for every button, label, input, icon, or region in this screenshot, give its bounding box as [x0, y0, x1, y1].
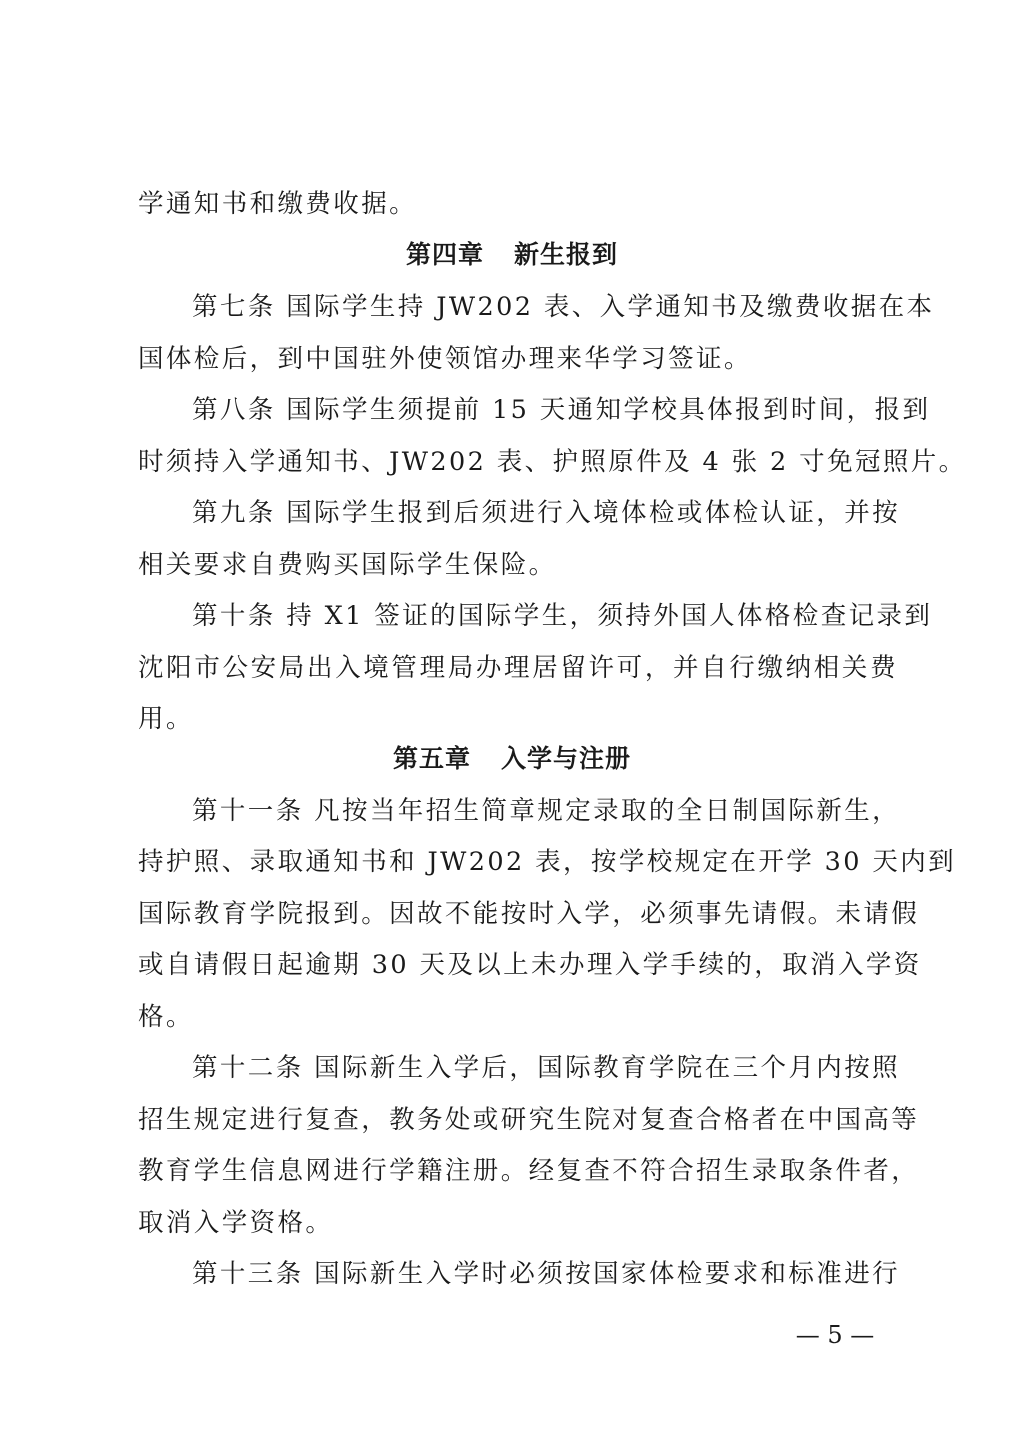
article-12-line-3: 教育学生信息网进行学籍注册。经复查不符合招生录取条件者， — [138, 1153, 898, 1189]
article-11-line-1: 第十一条 凡按当年招生简章规定录取的全日制国际新生， — [192, 793, 898, 829]
page-number: — 5 — — [780, 1320, 890, 1350]
article-8-line-1: 第八条 国际学生须提前 15 天通知学校具体报到时间，报到 — [192, 392, 898, 428]
chapter-title: 新生报到 — [514, 240, 618, 269]
article-9-line-2: 相关要求自费购买国际学生保险。 — [138, 547, 898, 583]
article-10-line-3: 用。 — [138, 701, 898, 737]
article-13-line-1: 第十三条 国际新生入学时必须按国家体检要求和标准进行 — [192, 1256, 898, 1292]
chapter-number: 第四章 — [406, 240, 484, 269]
article-11-line-2: 持护照、录取通知书和 JW202 表，按学校规定在开学 30 天内到 — [138, 844, 898, 880]
article-12-line-4: 取消入学资格。 — [138, 1205, 898, 1241]
article-11-line-3: 国际教育学院报到。因故不能按时入学，必须事先请假。未请假 — [138, 896, 898, 932]
article-11-line-4: 或自请假日起逾期 30 天及以上未办理入学手续的，取消入学资 — [138, 947, 898, 983]
article-9-line-1: 第九条 国际学生报到后须进行入境体检或体检认证，并按 — [192, 495, 898, 531]
article-10-line-2: 沈阳市公安局出入境管理局办理居留许可，并自行缴纳相关费 — [138, 650, 898, 686]
article-12-line-1: 第十二条 国际新生入学后，国际教育学院在三个月内按照 — [192, 1050, 898, 1086]
continuation-text: 学通知书和缴费收据。 — [138, 186, 898, 222]
article-10-line-1: 第十条 持 X1 签证的国际学生，须持外国人体格检查记录到 — [192, 598, 898, 634]
chapter-number: 第五章 — [393, 744, 471, 773]
document-page: 学通知书和缴费收据。 第四章新生报到 第七条 国际学生持 JW202 表、入学通… — [0, 0, 1024, 1448]
chapter-heading-4: 第四章新生报到 — [0, 237, 1024, 273]
article-8-line-2: 时须持入学通知书、JW202 表、护照原件及 4 张 2 寸免冠照片。 — [138, 444, 898, 480]
article-12-line-2: 招生规定进行复查，教务处或研究生院对复查合格者在中国高等 — [138, 1102, 898, 1138]
chapter-heading-5: 第五章入学与注册 — [0, 741, 1024, 777]
article-7-line-2: 国体检后，到中国驻外使领馆办理来华学习签证。 — [138, 341, 898, 377]
article-7-line-1: 第七条 国际学生持 JW202 表、入学通知书及缴费收据在本 — [192, 289, 898, 325]
chapter-title: 入学与注册 — [501, 744, 631, 773]
article-11-line-5: 格。 — [138, 999, 898, 1035]
